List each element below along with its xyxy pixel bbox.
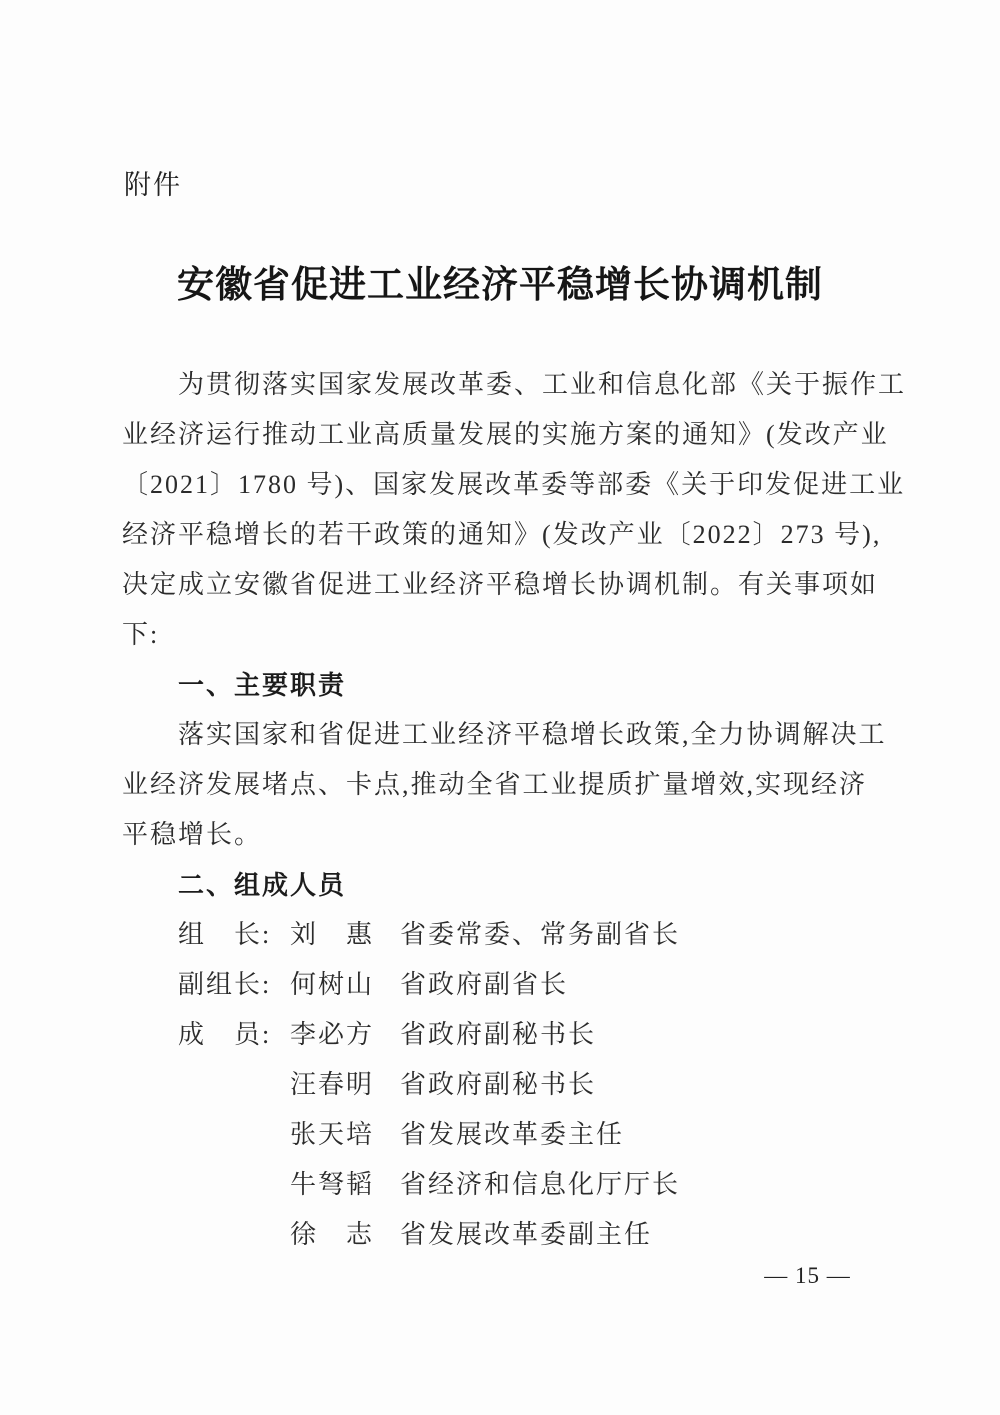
member-title: 省经济和信息化厅厅长 (400, 1160, 882, 1210)
member-name: 李必方 (290, 1010, 400, 1060)
attachment-label: 附件 (124, 166, 182, 204)
intro-line: 下: (122, 610, 882, 660)
member-row: 成 员: 李必方 省政府副秘书长 (122, 1010, 882, 1060)
intro-line: 〔2021〕1780 号)、国家发展改革委等部委《关于印发促进工业 (122, 460, 882, 510)
member-title: 省政府副秘书长 (400, 1060, 882, 1110)
document-body: 为贯彻落实国家发展改革委、工业和信息化部《关于振作工 业经济运行推动工业高质量发… (122, 360, 882, 1260)
member-row: 副组长: 何树山 省政府副省长 (122, 960, 882, 1010)
member-title: 省政府副省长 (400, 960, 882, 1010)
member-role: 副组长: (178, 960, 290, 1010)
member-role (178, 1110, 290, 1160)
member-title: 省发展改革委副主任 (400, 1210, 882, 1260)
intro-line: 决定成立安徽省促进工业经济平稳增长协调机制。有关事项如 (122, 560, 882, 610)
section-1-line: 业经济发展堵点、卡点,推动全省工业提质扩量增效,实现经济 (122, 760, 882, 810)
document-title: 安徽省促进工业经济平稳增长协调机制 (0, 254, 1000, 308)
intro-line: 经济平稳增长的若干政策的通知》(发改产业〔2022〕273 号), (122, 510, 882, 560)
member-role: 组 长: (178, 910, 290, 960)
member-name: 刘 惠 (290, 910, 400, 960)
member-name: 张天培 (290, 1110, 400, 1160)
page-number: — 15 — (745, 1258, 870, 1294)
member-row: 汪春明 省政府副秘书长 (122, 1060, 882, 1110)
section-1-line: 落实国家和省促进工业经济平稳增长政策,全力协调解决工 (122, 710, 882, 760)
member-name: 何树山 (290, 960, 400, 1010)
member-row: 牛弩韬 省经济和信息化厅厅长 (122, 1160, 882, 1210)
member-row: 徐 志 省发展改革委副主任 (122, 1210, 882, 1260)
intro-line: 业经济运行推动工业高质量发展的实施方案的通知》(发改产业 (122, 410, 882, 460)
member-title: 省政府副秘书长 (400, 1010, 882, 1060)
member-title: 省发展改革委主任 (400, 1110, 882, 1160)
member-name: 汪春明 (290, 1060, 400, 1110)
document-page: 附件 安徽省促进工业经济平稳增长协调机制 为贯彻落实国家发展改革委、工业和信息化… (0, 0, 1000, 1415)
member-row: 组 长: 刘 惠 省委常委、常务副省长 (122, 910, 882, 960)
member-row: 张天培 省发展改革委主任 (122, 1110, 882, 1160)
section-1-heading: 一、主要职责 (122, 660, 882, 710)
member-role (178, 1160, 290, 1210)
section-2-heading: 二、组成人员 (122, 860, 882, 910)
member-role (178, 1060, 290, 1110)
member-title: 省委常委、常务副省长 (400, 910, 882, 960)
section-1-line: 平稳增长。 (122, 810, 882, 860)
member-role: 成 员: (178, 1010, 290, 1060)
member-name: 徐 志 (290, 1210, 400, 1260)
intro-line: 为贯彻落实国家发展改革委、工业和信息化部《关于振作工 (122, 360, 882, 410)
member-name: 牛弩韬 (290, 1160, 400, 1210)
member-role (178, 1210, 290, 1260)
